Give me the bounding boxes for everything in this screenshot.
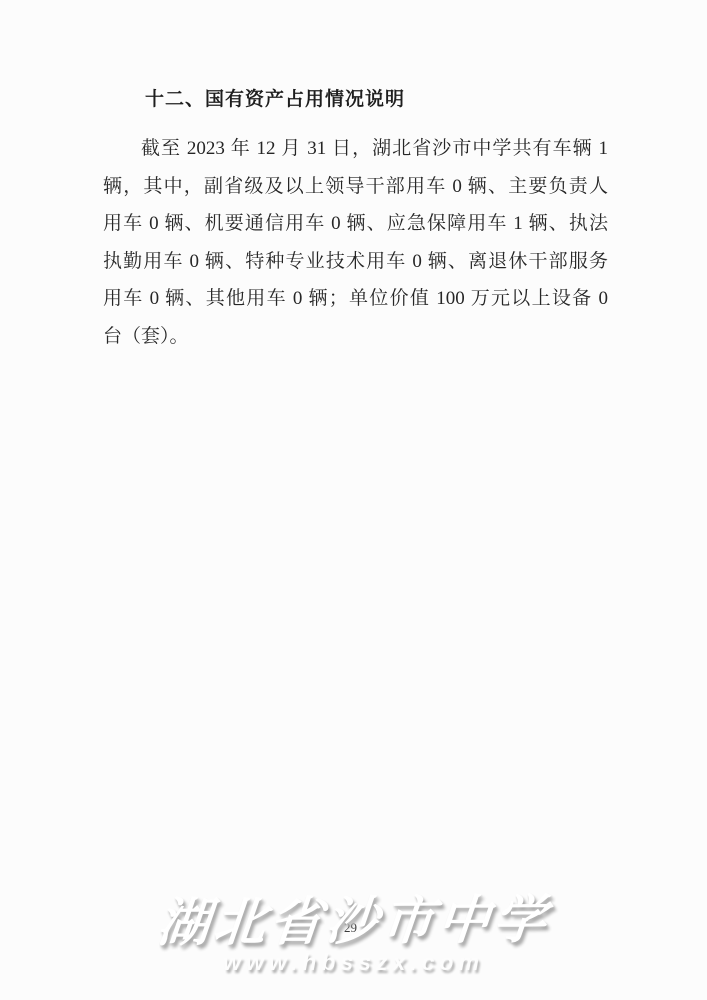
section-heading: 十二、国有资产占用情况说明 <box>145 84 405 111</box>
body-paragraph: 截至 2023 年 12 月 31 日，湖北省沙市中学共有车辆 1 辆，其中，副… <box>103 130 608 355</box>
paragraph-line-3: 用车 0 辆、机要通信用车 0 辆、应急保障用车 1 辆、执法 <box>103 205 608 243</box>
page-number: 29 <box>344 920 357 936</box>
paragraph-line-2: 辆，其中，副省级及以上领导干部用车 0 辆、主要负责人 <box>103 168 608 206</box>
paragraph-line-6: 台（套）。 <box>103 318 608 356</box>
watermark-url: www.hbsszx.com <box>0 949 707 975</box>
document-page: 十二、国有资产占用情况说明 截至 2023 年 12 月 31 日，湖北省沙市中… <box>0 0 707 1000</box>
paragraph-line-4: 执勤用车 0 辆、特种专业技术用车 0 辆、离退休干部服务 <box>103 243 608 281</box>
paragraph-line-5: 用车 0 辆、其他用车 0 辆；单位价值 100 万元以上设备 0 <box>103 280 608 318</box>
paragraph-line-1: 截至 2023 年 12 月 31 日，湖北省沙市中学共有车辆 1 <box>103 130 608 168</box>
